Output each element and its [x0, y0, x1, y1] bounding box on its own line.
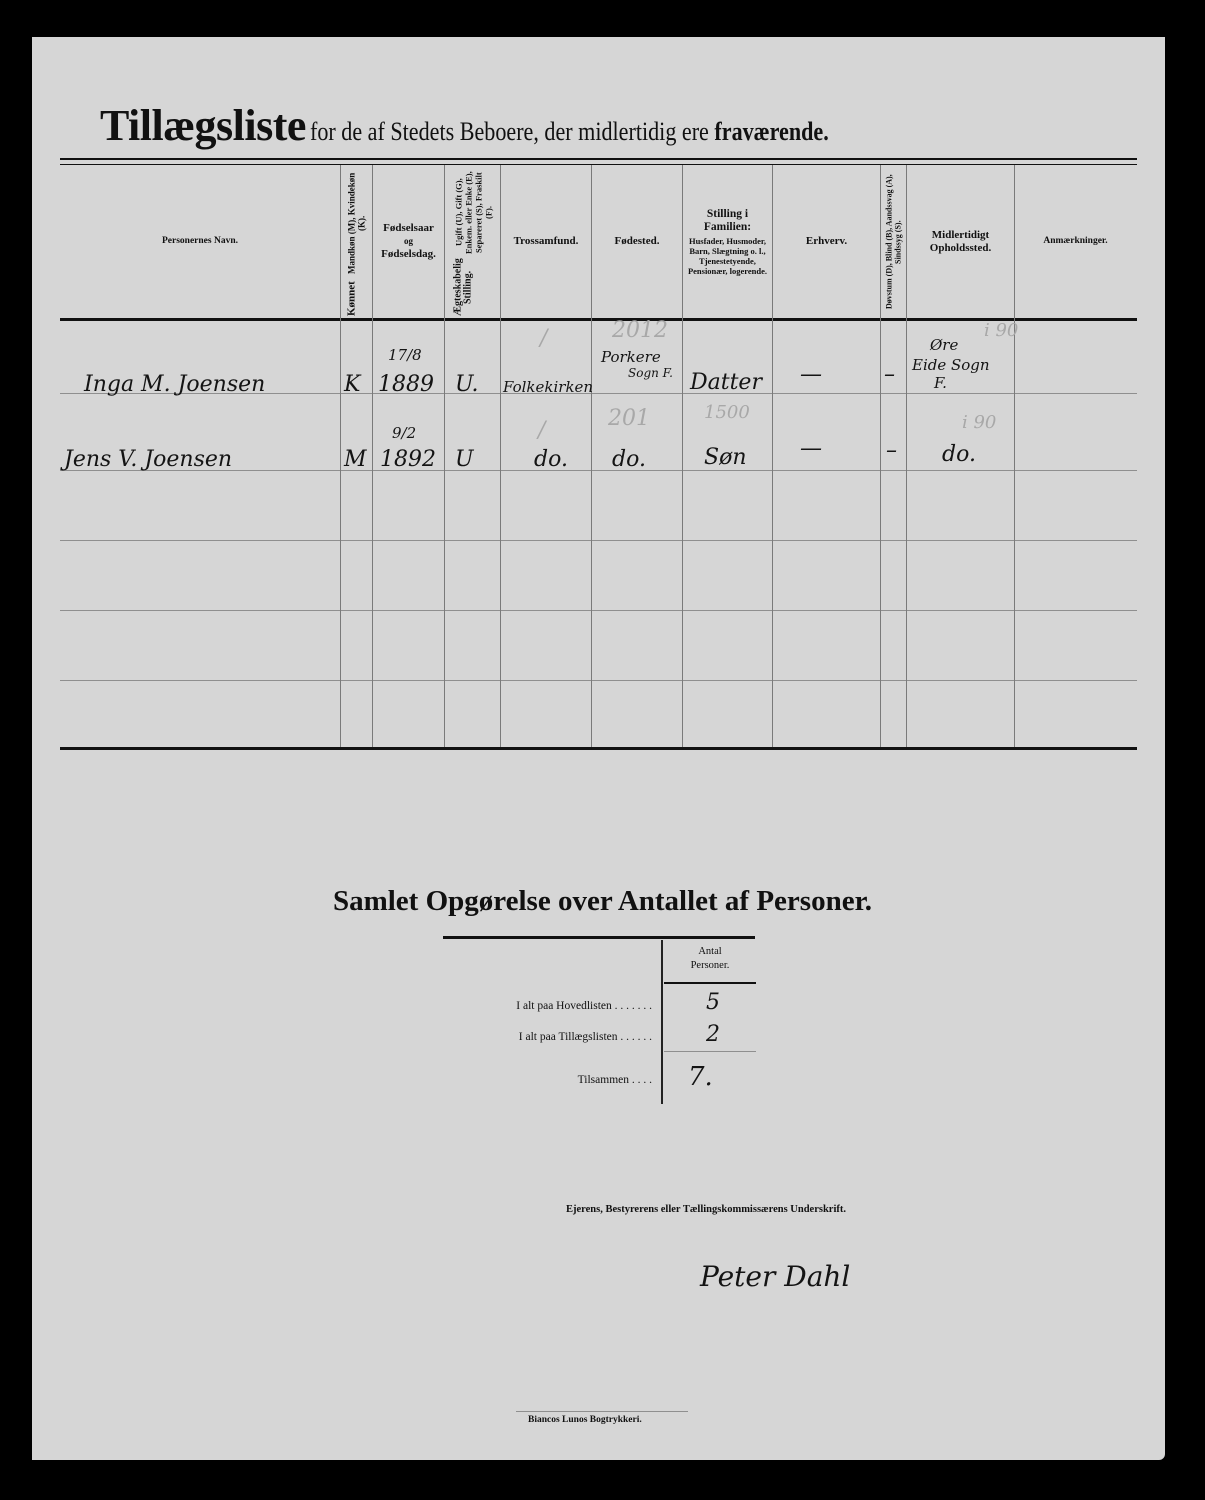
title-subtitle: for de af Stedets Beboere, der midlertid… [310, 117, 829, 147]
cell-marital: U. [455, 372, 479, 397]
summary-label-supplement-list: I alt paa Tillægslisten . . . . . . [420, 1031, 652, 1043]
summary-value-total: 7. [688, 1062, 713, 1092]
summary-header-rule [664, 982, 756, 984]
header-bottom-rule [60, 318, 1137, 321]
pencil-mark: 1500 [704, 402, 750, 423]
summary-label-main-list: I alt paa Hovedlisten . . . . . . . [420, 1000, 652, 1012]
cell-occupation: — [800, 362, 822, 387]
cell-occupation: — [800, 436, 822, 461]
cell-temp-residence-line1: do. [942, 442, 976, 467]
cell-marital: U [455, 447, 474, 472]
summary-title: Samlet Opgørelse over Antallet af Person… [0, 885, 1205, 918]
signature-caption: Ejerens, Bestyrerens eller Tællingskommi… [566, 1204, 846, 1215]
row-rule [60, 540, 1137, 541]
header-marital: Ægteskabelig Stilling. Ugift (U), Gift (… [445, 168, 500, 316]
summary-top-rule [443, 936, 755, 939]
pencil-mark: i 90 [984, 320, 1018, 341]
cell-temp-residence-line2: Eide Sogn [912, 356, 990, 374]
form-title: Tillægsliste for de af Stedets Beboere, … [100, 100, 920, 151]
header-remarks: Anmærkninger. [1015, 165, 1136, 318]
summary-column-header: Antal Personer. [664, 945, 756, 973]
table-bottom-rule [60, 747, 1137, 750]
header-sex: Kønnet Mandkøn (M), Kvindekøn (K). [341, 168, 372, 316]
cell-birthplace-line1: Porkere [601, 348, 661, 366]
pencil-mark: 201 [608, 406, 650, 431]
cell-birthplace-line2: Sogn F. [628, 366, 673, 380]
header-birthplace: Fødested. [592, 165, 682, 318]
cell-disability: – [884, 362, 895, 387]
pencil-mark: / [540, 326, 547, 351]
header-temp-residence: Midlertidigt Opholdssted. [907, 165, 1014, 318]
summary-total-rule [664, 1051, 756, 1052]
title-main: Tillægsliste [100, 101, 306, 150]
cell-birth-year: 1889 [378, 372, 434, 397]
row-rule [60, 680, 1137, 681]
cell-name: Jens V. Joensen [64, 447, 232, 472]
cell-sex: M [344, 447, 367, 472]
cell-birth-year: 1892 [380, 447, 436, 472]
printer-rule [516, 1411, 688, 1412]
printer-imprint: Biancos Lunos Bogtrykkeri. [528, 1415, 642, 1425]
cell-family-position: Datter [690, 370, 762, 395]
summary-label-total: Tilsammen . . . . [420, 1074, 652, 1086]
header-disability: Døvstum (D), Blind (B), Aandssvag (A), S… [881, 168, 906, 316]
cell-birth-day: 17/8 [388, 346, 422, 364]
cell-disability: – [886, 438, 897, 463]
pencil-mark: 2012 [612, 318, 668, 343]
signature: Peter Dahl [700, 1260, 850, 1293]
header-birth: Fødselsaar og Fødselsdag. [373, 165, 444, 318]
cell-name: Inga M. Joensen [84, 372, 265, 397]
cell-family-position: Søn [704, 445, 747, 470]
cell-birth-day: 9/2 [392, 424, 416, 442]
summary-value-main-list: 5 [706, 990, 720, 1015]
cell-temp-residence-line1: Øre [930, 336, 958, 354]
summary-divider [661, 940, 663, 1104]
pencil-mark: i 90 [962, 412, 996, 433]
header-name: Personernes Navn. [60, 165, 340, 318]
cell-temp-residence-line3: F. [934, 374, 947, 392]
cell-birthplace-line1: do. [612, 447, 646, 472]
cell-religion: do. [534, 447, 568, 472]
table-top-rule [60, 158, 1137, 160]
summary-value-supplement-list: 2 [706, 1022, 720, 1047]
cell-sex: K [344, 372, 360, 397]
cell-religion: Folkekirken [503, 378, 593, 396]
pencil-mark: / [538, 418, 545, 443]
row-rule [60, 610, 1137, 611]
header-family-position: Stilling i Familien: Husfader, Husmoder,… [683, 165, 772, 318]
header-religion: Trossamfund. [501, 165, 591, 318]
header-occupation: Erhverv. [773, 165, 880, 318]
